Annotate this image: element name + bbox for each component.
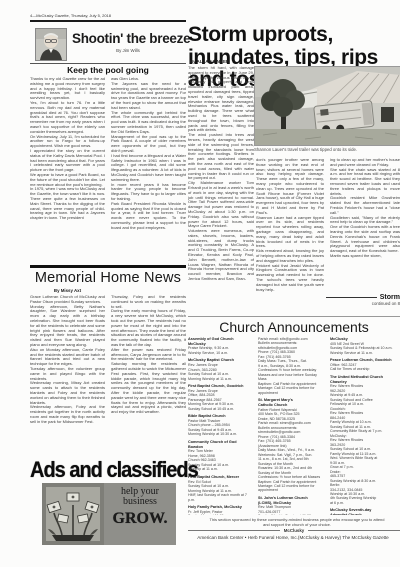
church-entry-name: St. Margaret Mary's Catholic Church (258, 398, 324, 407)
church-entry: Assembly of God Church McCluskyPraise Wo… (188, 337, 254, 355)
breeze-text-col2: was Glen Leba. The Jaycees saw the need … (111, 77, 186, 265)
church-entry-details: Parish email: stfx@gondtc.com Bulletin a… (258, 337, 324, 395)
continued-notice: Storm continued on 8 (326, 294, 400, 306)
photo-caption: Shannon Lauer's travel trailer was tippe… (254, 147, 400, 152)
church-entry-name: Assembly of God Church McClusky (188, 337, 254, 346)
church-entry: First Baptist Church, MercerRev. Ed Suku… (188, 475, 254, 502)
ad-line2: business (104, 497, 176, 507)
section-divider (30, 265, 186, 268)
continued-note: continued on 8 (326, 301, 400, 306)
church-entry-name: Community Church of God Bowdon (188, 440, 254, 449)
storm-byline: By ALLAN TINKER (190, 59, 256, 64)
church-entry: McClusky Seventh-day Adventist ChurchSat… (330, 508, 400, 515)
church-entry-details: Rev. James Grupe Church, 363-2280 Sunday… (188, 363, 254, 381)
storm-text-col1: The storm hit hard, with damage apparent… (188, 66, 254, 304)
newspaper-page: 4—McClusky Gazette, Thursday, July 5, 20… (0, 0, 400, 567)
memorial-text-col1: Grace Lutheran Church of McClusky and Pa… (30, 295, 105, 457)
storm-text-col3: ing to clean up and her mother's house a… (330, 158, 400, 290)
church-entry-details: Rev. Matt Thompson 701-426-0577 Sunday W… (258, 505, 324, 515)
house-ad-headline: Ads and classifieds (30, 458, 188, 484)
church-entry: The United Methodist Church ChaseleyRev.… (330, 375, 400, 506)
church-entry: First Baptist Church, GoodrichRev. James… (188, 384, 254, 411)
breeze-header: Shootin' the breeze By Jim Wills (30, 26, 186, 64)
church-entry-details: Rev. Warren Rhodes 962-2620 Worship at 9… (330, 384, 400, 505)
memorial-byline: By Missy Axt (30, 288, 105, 293)
church-entry-name: The United Methodist Church Chaseley (330, 375, 400, 384)
breeze-text-col1: Thanks to my old Gazette crew for the ad… (30, 77, 105, 265)
church-entry-details: Office: 962-3247 Call for Times of worsh… (330, 363, 400, 372)
continued-rule (326, 297, 377, 298)
columnist-photo (35, 28, 67, 61)
church-entry-details: Praise Worship, 9:30 a.m. Worship Servic… (188, 346, 254, 355)
church-entry-details: Rev. Ed Sukut Sunday School at 10 a.m. M… (188, 480, 254, 502)
memorial-headline: Memorial Home News (30, 270, 186, 286)
church-entry-name: McClusky Seventh-day Adventist Church (330, 508, 400, 515)
footer-town-label: McClusky (284, 528, 305, 533)
church-col3: McClusky405 NE 2nd Street W Sunday Schoo… (330, 337, 400, 515)
church-col1: Assembly of God Church McCluskyPraise Wo… (188, 337, 254, 515)
ad-line3: GROW. (104, 510, 176, 528)
storm-photo (254, 66, 400, 146)
church-entry-details: Pastor Matt Thacker Church phone – 285-0… (188, 419, 254, 437)
breeze-byline: By Jim Wills (72, 48, 184, 53)
storm-text-col2: don's younger brother were among those w… (256, 158, 324, 308)
church-entry: St. Margaret Mary's Catholic ChurchFathe… (258, 398, 324, 493)
church-entry-details: Rev. James Grupe Office, 884-2528 Parson… (188, 389, 254, 411)
church-entry: McClusky405 NE 2nd Street W Sunday Schoo… (330, 337, 400, 355)
church-entry: St. John's Lutheran Church (LCMS), McClu… (258, 496, 324, 515)
masthead: 4—McClusky Gazette, Thursday, July 5, 20… (30, 13, 186, 22)
church-entry-details: Fr. Jeff Eppler, Pastor Sunday Mass at 1… (188, 510, 254, 515)
breeze-subhead: Keep the pool going (30, 65, 186, 75)
church-entry-details: 405 NE 2nd Street W Sunday School & Fell… (330, 342, 400, 355)
church-sponsor-businesses: American Bank Center • Herb Funeral Home… (186, 535, 400, 540)
church-entry-details: Father Robert Wapenski 400 Main St., PO … (258, 408, 324, 493)
church-entry-name: St. John's Lutheran Church (LCMS), McClu… (258, 496, 324, 505)
church-entry: McClusky Baptist ChurchRev. James Grupe … (188, 358, 254, 381)
church-col2: Parish email: stfx@gondtc.com Bulletin a… (258, 337, 324, 515)
church-entry: Peace Lutheran Church, GoodrichOffice: 9… (330, 358, 400, 372)
footer-rule-left (188, 530, 280, 531)
footer-rule-right (308, 530, 400, 531)
money-plant-illustration-icon (42, 483, 104, 545)
church-sponsor-town: McClusky (188, 528, 400, 533)
church-sponsor-note: This section sponsored by these communit… (206, 517, 388, 527)
church-entry: Community Church of God BowdonRev. Tom M… (188, 440, 254, 472)
church-entry-details: Rev. Tom Meier Home, 962-3598 Church 962… (188, 449, 254, 471)
house-ad: help your business GROW. (42, 483, 176, 545)
breeze-column-title: Shootin' the breeze (72, 31, 184, 46)
church-entry: Parish email: stfx@gondtc.com Bulletin a… (258, 337, 324, 395)
church-entry: Holy Family Parish, McCluskyFr. Jeff Epp… (188, 505, 254, 515)
church-section-headline: Church Announcements (188, 316, 400, 335)
continued-word: Storm (380, 294, 400, 301)
church-entry: Bible Baptist ChurchPastor Matt Thacker … (188, 414, 254, 437)
memorial-text-col2: Thursday, Foley and the residents contin… (111, 295, 186, 457)
columnist-portrait-icon (36, 29, 66, 60)
tipped-trailer-photo-icon (255, 67, 400, 145)
house-ad-copy: help your business GROW. (104, 483, 176, 545)
